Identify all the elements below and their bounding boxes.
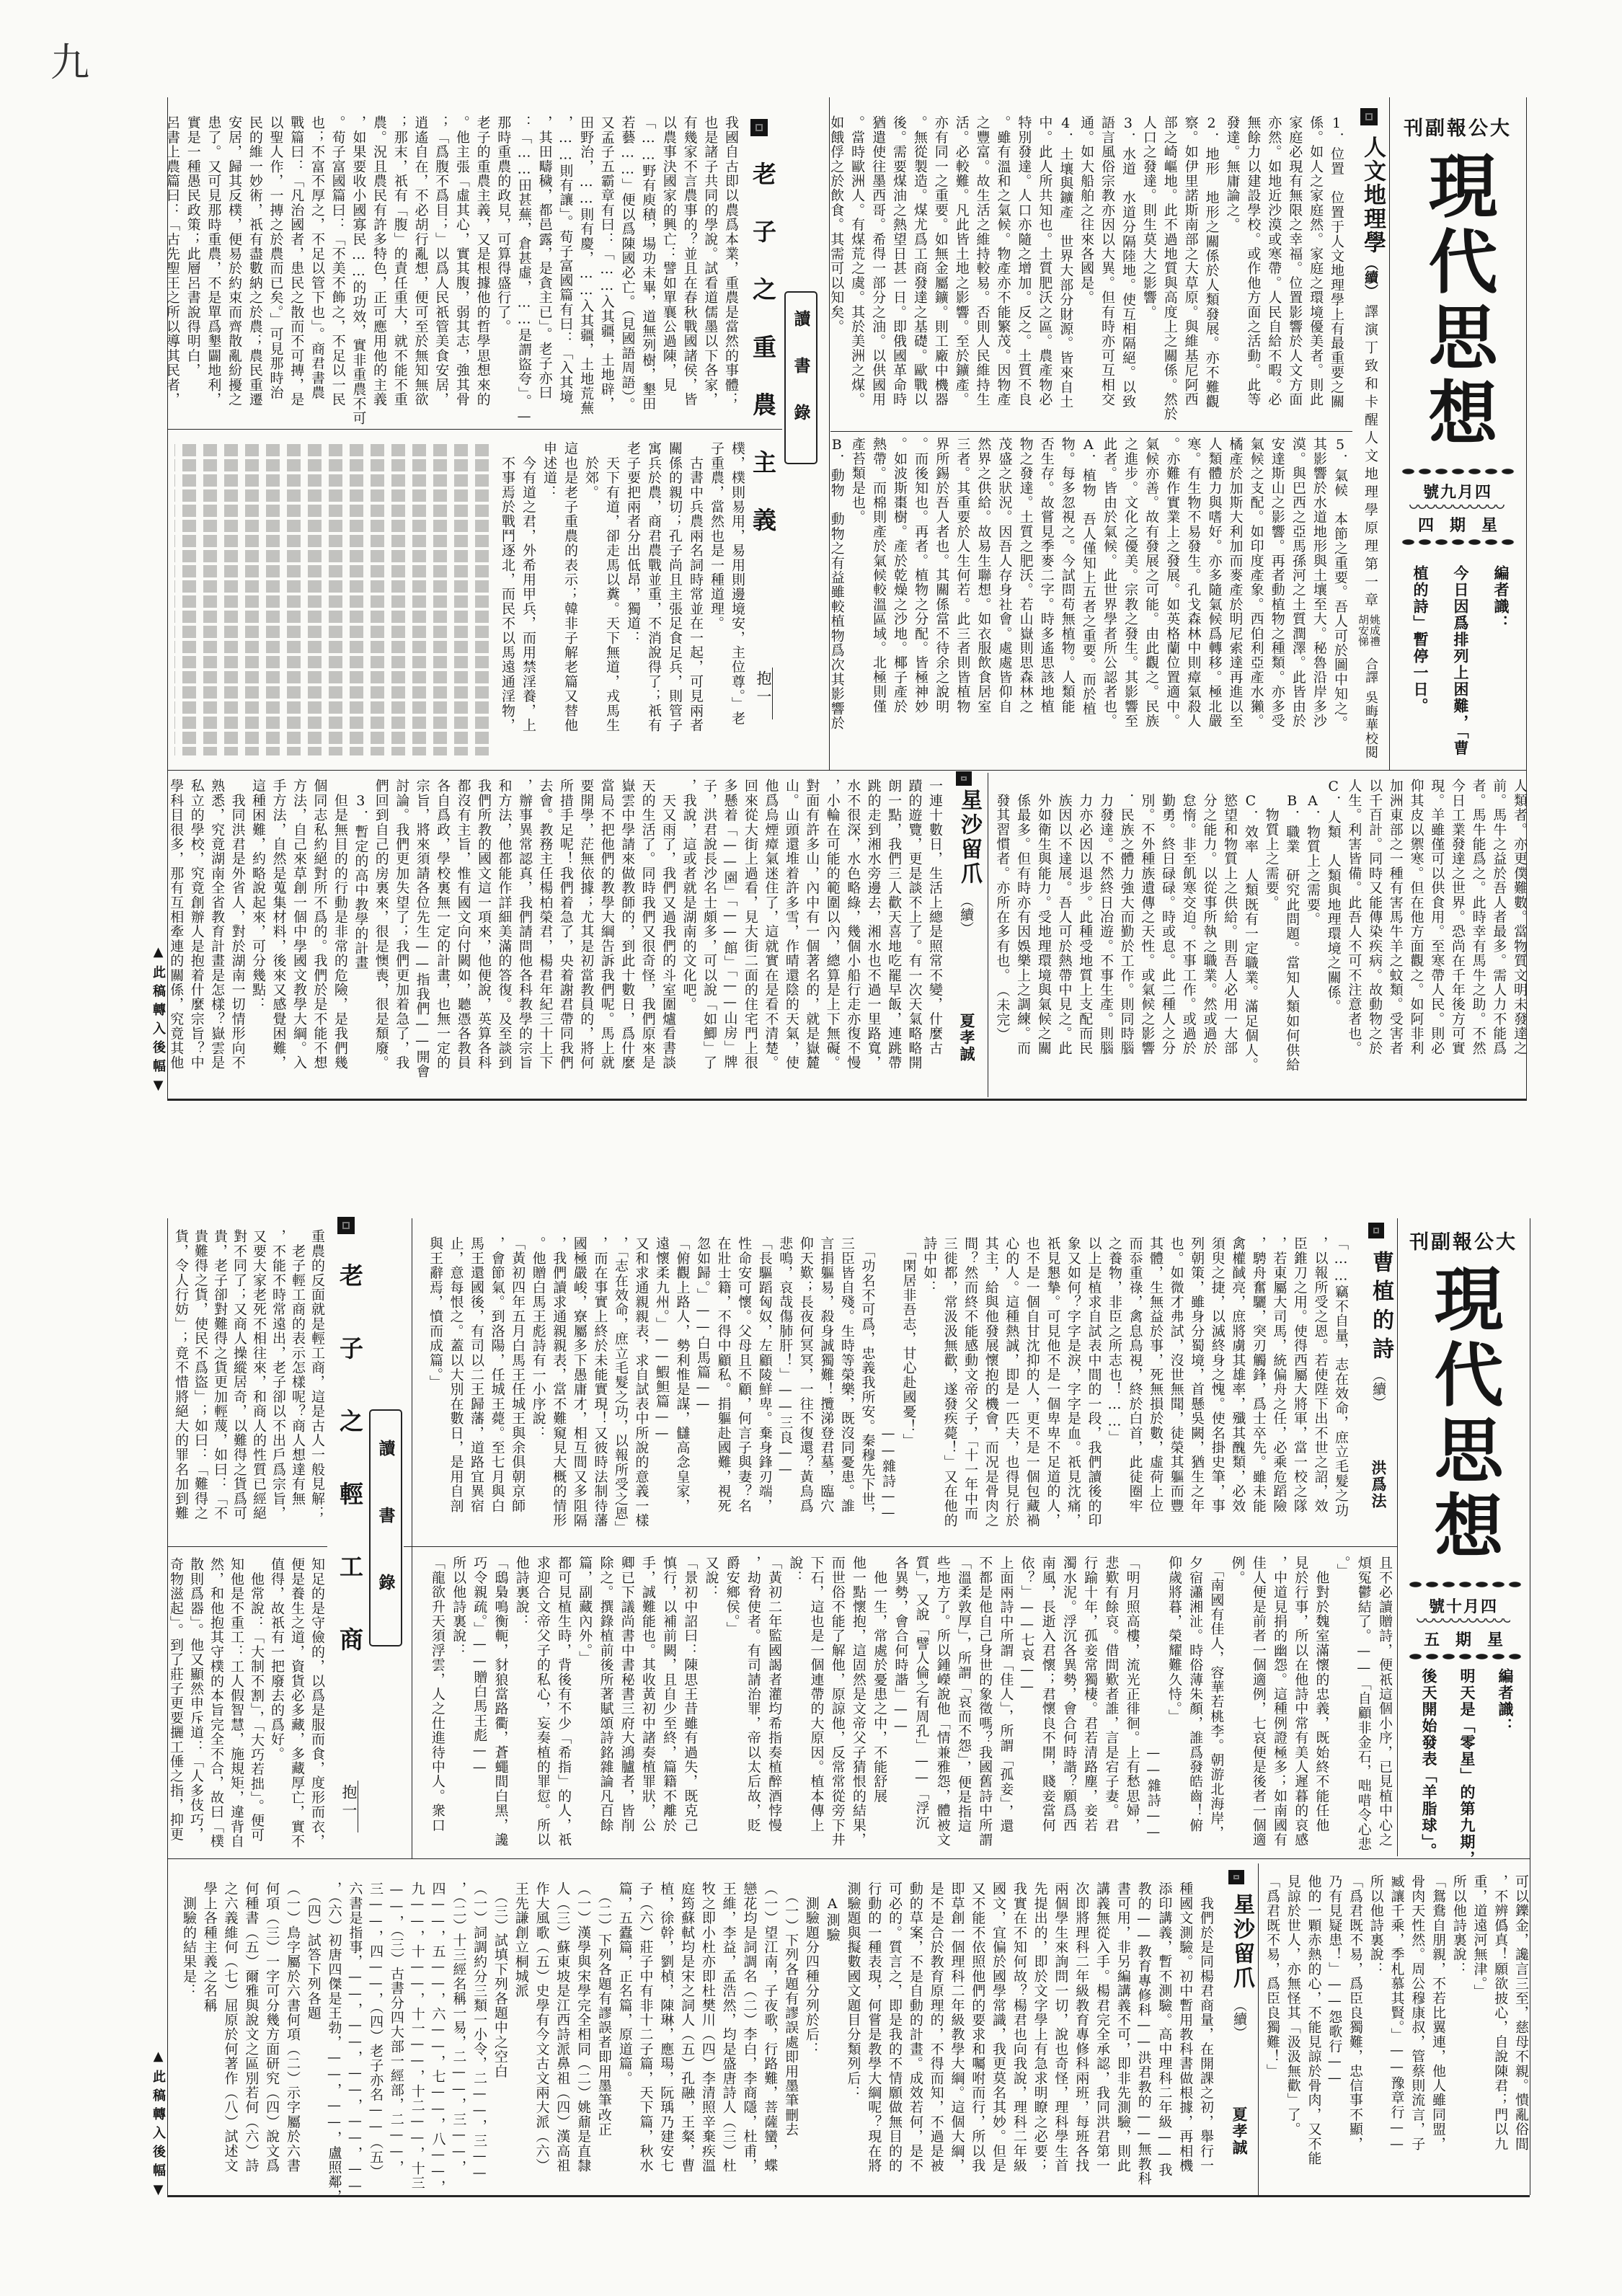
article-author: 夏孝誠 — [956, 1013, 978, 1063]
column-tag-box: 讀書錄 — [784, 291, 817, 464]
article-body-lower: 樸，樸則易用，易用則邊境安，主位尊。」老 子重農，當然也是一種道理。 古書中兵農… — [497, 441, 748, 764]
section-marker-icon — [956, 771, 972, 786]
column-divider — [1258, 1863, 1259, 2195]
section-marker-icon — [750, 119, 768, 136]
paper-name: 大公報副刊 — [1389, 112, 1526, 141]
issue-date: 四月十號 — [1397, 1595, 1530, 1617]
article-body-top: 「……竊不自量，志在效命，庶立毛髮之功 ，以報所受之恩。若使陛下出不世之詔，效 … — [425, 1236, 1351, 1543]
article-body-bottom: 可以鑠金，讒言三至，慈母不親。憒亂俗間 ，不辨僞真！願欲披心，自說陳君；門以九 … — [1262, 1874, 1531, 2191]
article-body-upper: 我國自古即以農爲本業，重農是當然的事體； 也是諸子共同的學說。試看道儒墨以下各家… — [161, 115, 741, 425]
author-rule — [358, 1781, 358, 1832]
article-body-middle: 且不必讀贈詩，便祇這個小序，已見植中心之 煩冤鬱結了。——「自顧非金石，咄唶令心… — [427, 1556, 1395, 1853]
article-title: 人文地理學 — [1357, 136, 1389, 254]
section-rule — [167, 1546, 327, 1547]
article-subtitle: 譯演丁致和卡醒人文地理學原理第一章 — [1361, 304, 1381, 611]
column-tag-box: 讀書錄 — [369, 1409, 402, 1646]
wavy-divider — [1417, 1618, 1510, 1624]
translators: 姚成禮 胡安悌 — [1357, 614, 1381, 647]
article-body-lower: 5．氣候 本節之重要。吾人可於圖中知之。 其影響於水道地形與土壤至大。秘魯沿岸多… — [825, 437, 1350, 765]
column-tag: 讀書錄 — [374, 1411, 398, 1645]
article-author: 夏孝誠 — [1228, 2106, 1250, 2156]
continued-mark: （續） — [1369, 1368, 1388, 1409]
issue-date: 四月九號 — [1389, 480, 1526, 502]
wavy-divider — [1409, 505, 1504, 510]
section-marker-icon — [337, 1217, 355, 1234]
section-rule — [830, 431, 1352, 432]
ornament-divider — [1407, 1580, 1521, 1589]
issue-weekday: 星期五 — [1397, 1628, 1530, 1650]
article-title: 老子之重農主義 — [746, 161, 780, 565]
author-rule — [772, 668, 773, 719]
article-body-upper: 1．位置 位置于人文地理學上有最重要之關 係。如人之家庭然。家庭之環境優美者。則… — [825, 115, 1347, 427]
article-author: 抱一 — [753, 670, 774, 706]
masthead-border — [1389, 97, 1390, 770]
supplement-title: 現代思想 — [1427, 1263, 1499, 1566]
section-rule — [167, 429, 782, 430]
editor-note: 編者識： 明天是「零星」的第九期， 後天開始發表「羊脂球」。 — [1409, 1668, 1525, 1856]
section-rule — [167, 1858, 1530, 1859]
continued-mark: （續） — [957, 894, 976, 935]
article-title: 星沙留爪 — [1226, 1893, 1257, 1991]
continued-on-next-page-note: ▲此稿轉入後幅▼ — [149, 944, 167, 1099]
article-author: 抱一 — [338, 1784, 360, 1820]
paper-name: 大公報副刊 — [1397, 1226, 1530, 1254]
section-marker-icon — [1228, 1870, 1244, 1884]
article-body-lower: 知足的是守儉的，以爲是服而食，度形而衣， 便是養生之道，資貨必多藏，多藏厚亡，實… — [166, 1557, 327, 1853]
article-body-continued: 人類者。亦更僕難數。當物質文明未發達之 前。馬牛之益於吾人者最多。需人力不能爲 … — [991, 779, 1530, 1096]
editor-note: 編者識： 今日因爲排列上困難，「曹 植的詩」暫停一日。 — [1400, 565, 1521, 767]
masthead-border — [1397, 1218, 1398, 1856]
article-body: 我們於是同楊君商量，在開課之初，舉行一 種國文測驗。初中暫用教科書做根據，再相機… — [178, 1881, 1216, 2191]
continued-mark: （續） — [1361, 257, 1381, 298]
reviewer: 吳晦華校閱 — [1361, 691, 1380, 759]
article-title: 曹植的詩 — [1365, 1251, 1396, 1366]
ornament-divider — [1407, 1652, 1521, 1661]
section-rule — [167, 770, 1527, 771]
section-marker-icon — [1360, 108, 1378, 125]
illegible-text-region — [174, 444, 489, 755]
bottom-rule — [167, 2195, 1530, 2197]
article-author: 洪爲法 — [1368, 1460, 1389, 1510]
ornament-divider — [1400, 538, 1515, 546]
section-marker-icon — [1368, 1223, 1384, 1238]
article-title: 老子之輕工商 — [333, 1263, 367, 1700]
article-body: 一連十數日，生活上總是照常不變，什麼古 蹟的遊覽，更是談不上了。有一次天氣略略開… — [166, 779, 945, 1096]
article-title: 星沙留爪 — [953, 789, 985, 887]
translate-label: 合譯 — [1361, 657, 1380, 683]
continued-mark: （續） — [1230, 1998, 1249, 2039]
supplement-title: 現代思想 — [1422, 150, 1494, 453]
continued-on-next-page-note: ▲此稿轉入後幅▼ — [149, 2049, 167, 2203]
bottom-rule — [167, 1099, 1527, 1101]
handwritten-page-number: 九 — [50, 32, 89, 87]
ornament-divider — [1400, 467, 1515, 476]
column-divider — [988, 773, 988, 1097]
issue-weekday: 星期四 — [1389, 513, 1526, 536]
article-body-upper: 重農的反面就是輕工商，這是古人一般見解； 老子輕工商的表示怎樣呢？商人想達有無 … — [171, 1229, 327, 1543]
column-tag: 讀書錄 — [789, 293, 813, 463]
column-divider — [412, 1218, 412, 1858]
section-rule — [404, 1546, 1397, 1547]
